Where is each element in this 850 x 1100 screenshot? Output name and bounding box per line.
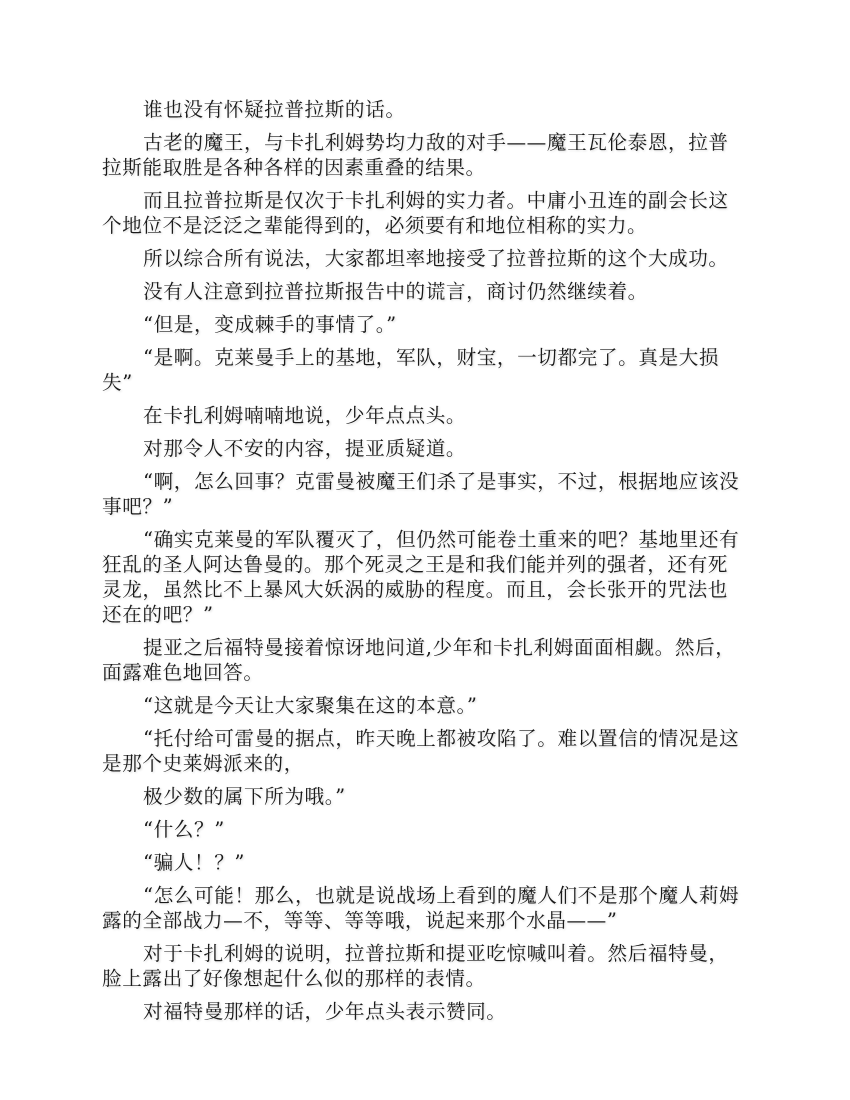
paragraph: 所以综合所有说法，大家都坦率地接受了拉普拉斯的这个大成功。 xyxy=(102,246,742,271)
paragraph: 在卡扎利姆喃喃地说，少年点点头。 xyxy=(102,403,742,428)
paragraph: “是啊。克莱曼手上的基地，军队，财宝，一切都完了。真是大损失” xyxy=(102,345,742,395)
paragraph: 谁也没有怀疑拉普拉斯的话。 xyxy=(102,97,742,122)
paragraph: “骗人！？” xyxy=(102,850,742,875)
paragraph: 提亚之后福特曼接着惊讶地问道,少年和卡扎利姆面面相觑。然后，面露难色地回答。 xyxy=(102,635,742,685)
paragraph: 没有人注意到拉普拉斯报告中的谎言，商讨仍然继续着。 xyxy=(102,279,742,304)
paragraph: “怎么可能！那么，也就是说战场上看到的魔人们不是那个魔人莉姆露的全部战力—不，等… xyxy=(102,883,742,933)
paragraph: “确实克莱曼的军队覆灭了，但仍然可能卷土重来的吧？基地里还有狂乱的圣人阿达鲁曼的… xyxy=(102,527,742,627)
paragraph: “什么？” xyxy=(102,817,742,842)
document-page: 谁也没有怀疑拉普拉斯的话。 古老的魔王，与卡扎利姆势均力敌的对手——魔王瓦伦泰恩… xyxy=(102,97,742,1032)
paragraph: “这就是今天让大家聚集在这的本意。” xyxy=(102,693,742,718)
paragraph: 对那令人不安的内容，提亚质疑道。 xyxy=(102,436,742,461)
paragraph: 而且拉普拉斯是仅次于卡扎利姆的实力者。中庸小丑连的副会长这个地位不是泛泛之辈能得… xyxy=(102,188,742,238)
paragraph: 古老的魔王，与卡扎利姆势均力敌的对手——魔王瓦伦泰恩，拉普拉斯能取胜是各种各样的… xyxy=(102,130,742,180)
paragraph: “啊，怎么回事？克雷曼被魔王们杀了是事实，不过，根据地应该没事吧？” xyxy=(102,469,742,519)
paragraph: “托付给可雷曼的据点，昨天晚上都被攻陷了。难以置信的情况是这是那个史莱姆派来的， xyxy=(102,726,742,776)
paragraph: 极少数的属下所为哦。” xyxy=(102,784,742,809)
paragraph: 对于卡扎利姆的说明，拉普拉斯和提亚吃惊喊叫着。然后福特曼，脸上露出了好像想起什么… xyxy=(102,941,742,991)
paragraph: “但是，变成棘手的事情了。” xyxy=(102,312,742,337)
paragraph: 对福特曼那样的话，少年点头表示赞同。 xyxy=(102,999,742,1024)
